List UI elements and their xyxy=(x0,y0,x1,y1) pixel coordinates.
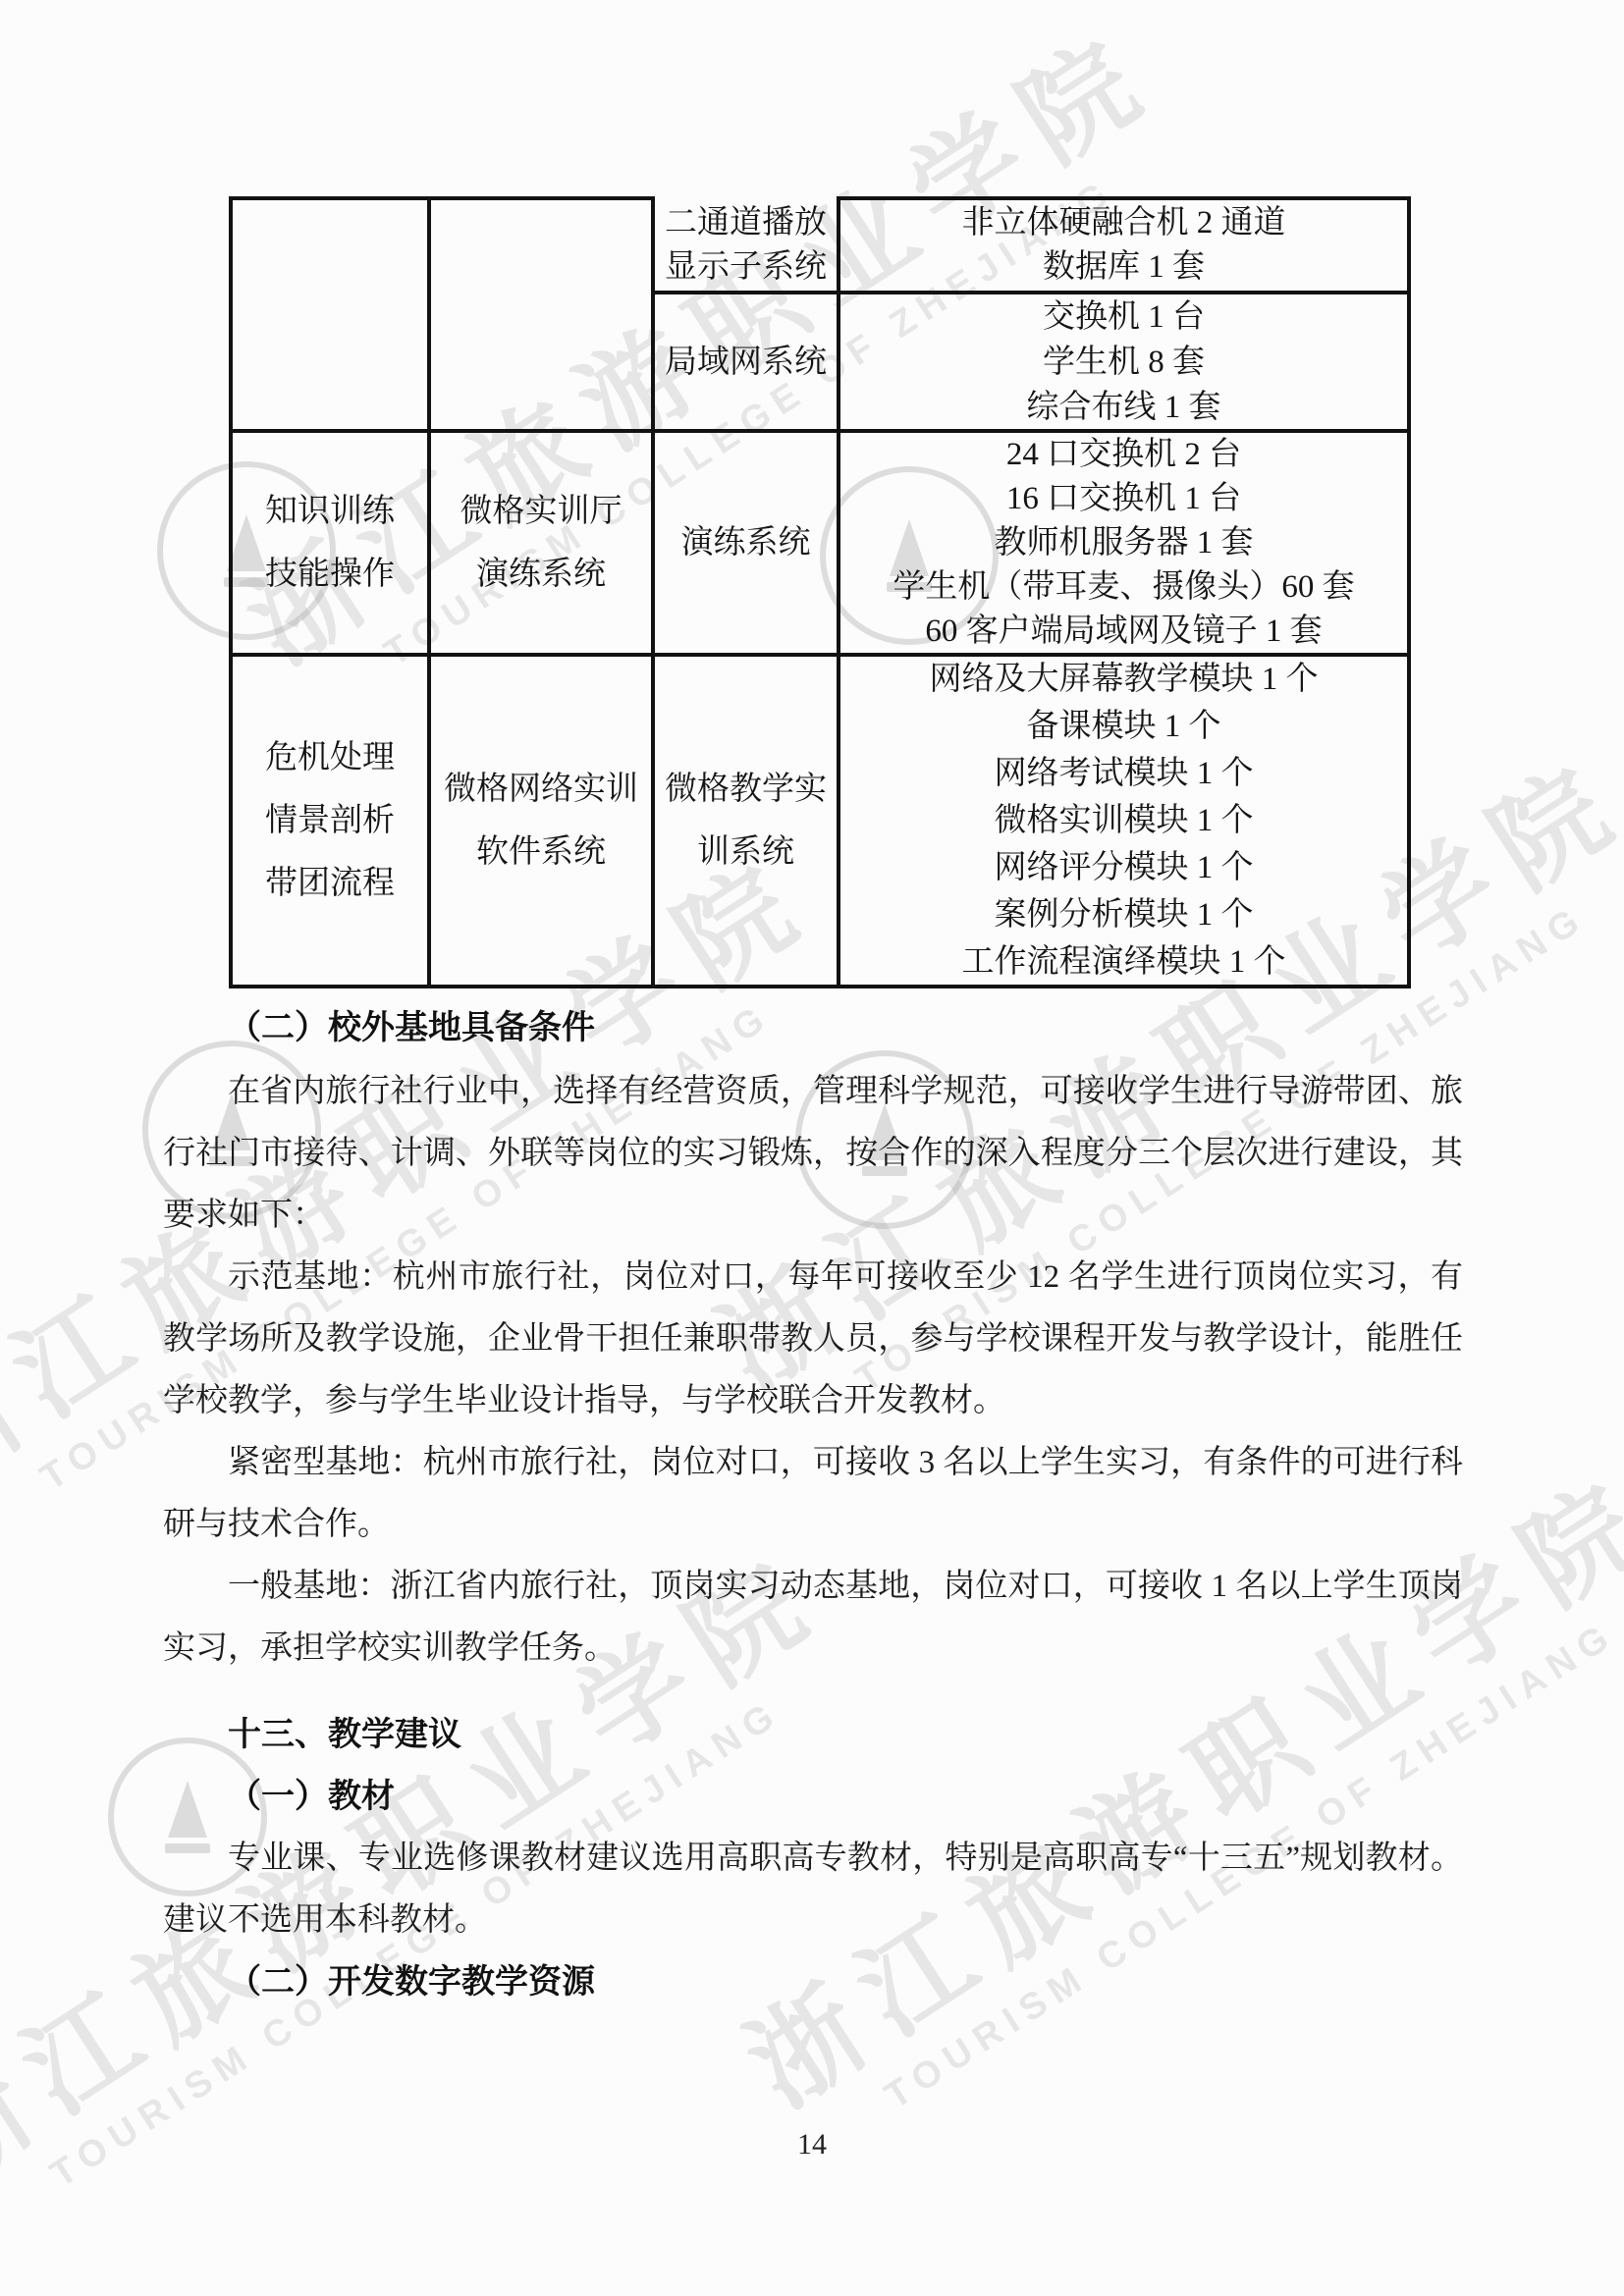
body-line: 一般基地：浙江省内旅行社，顶岗实习动态基地，岗位对口，可接收 1 名以上学生顶岗 xyxy=(163,1566,1463,1607)
body-line: 学校教学，参与学生毕业设计指导，与学校联合开发教材。 xyxy=(163,1380,1463,1421)
cell-text: 综合布线 1 套 xyxy=(1027,385,1221,430)
cell-text: 微格教学实 xyxy=(665,758,827,821)
table-cell-equipment: 网络及大屏幕教学模块 1 个 备课模块 1 个 网络考试模块 1 个 微格实训模… xyxy=(840,657,1407,985)
section-heading-external-base: （二）校外基地具备条件 xyxy=(228,1007,595,1048)
cell-text: 情景剖析 xyxy=(265,789,395,852)
page-number: 14 xyxy=(0,2128,1624,2162)
cell-text: 24 口交换机 2 台 xyxy=(1006,433,1241,477)
table-cell-subsystem: 演练系统 xyxy=(655,433,837,653)
cell-text: 工作流程演绎模块 1 个 xyxy=(962,938,1286,986)
body-line: 专业课、专业选修课教材建议选用高职高专教材，特别是高职高专“十三五”规划教材。 xyxy=(163,1838,1463,1879)
cell-text: 学生机（带耳麦、摄像头）60 套 xyxy=(893,565,1354,610)
cell-text: 技能操作 xyxy=(265,543,395,606)
cell-text: 带团流程 xyxy=(265,852,395,915)
table-cell-training-room: 微格网络实训 软件系统 xyxy=(431,657,651,985)
facilities-table: 知识训练 技能操作 危机处理 情景剖析 带团流程 微格实训厅 演练系统 微格网络… xyxy=(229,196,1411,988)
table-cell-subsystem: 二通道播放 显示子系统 xyxy=(655,200,837,291)
cell-text: 危机处理 xyxy=(265,726,395,789)
table-border xyxy=(229,196,655,200)
cell-text: 非立体硬融合机 2 通道 xyxy=(962,201,1286,245)
table-cell-subsystem: 微格教学实 训系统 xyxy=(655,657,837,985)
table-border xyxy=(1407,196,1411,988)
cell-text: 局域网系统 xyxy=(665,331,827,394)
cell-text: 交换机 1 台 xyxy=(1043,294,1205,340)
cell-text: 训系统 xyxy=(697,821,794,883)
section-heading-textbook: （一）教材 xyxy=(228,1776,395,1817)
document-page: 浙江旅游职业学院 TOURISM COLLEGE OF ZHEJIANG 浙江旅… xyxy=(0,0,1624,2296)
table-cell-equipment: 非立体硬融合机 2 通道 数据库 1 套 xyxy=(840,200,1407,291)
cell-text: 网络评分模块 1 个 xyxy=(995,844,1254,891)
body-line: 紧密型基地：杭州市旅行社，岗位对口，可接收 3 名以上学生实习，有条件的可进行科 xyxy=(163,1442,1463,1483)
table-cell-equipment: 24 口交换机 2 台 16 口交换机 1 台 教师机服务器 1 套 学生机（带… xyxy=(840,433,1407,653)
body-line: 实习，承担学校实训教学任务。 xyxy=(163,1628,1463,1669)
cell-text: 演练系统 xyxy=(476,543,606,606)
cell-text: 案例分析模块 1 个 xyxy=(995,891,1254,938)
table-cell-training-goal: 危机处理 情景剖析 带团流程 xyxy=(233,657,427,985)
cell-text: 演练系统 xyxy=(681,511,811,574)
table-cell-training-room: 微格实训厅 演练系统 xyxy=(431,433,651,653)
watermark-cn-text: 浙江旅游职业学院 xyxy=(729,1456,1624,2127)
watermark-text: 浙江旅游职业学院 TOURISM COLLEGE OF ZHEJIANG xyxy=(729,1456,1624,2177)
cell-text: 网络考试模块 1 个 xyxy=(995,750,1254,797)
cell-text: 软件系统 xyxy=(476,821,606,883)
section-heading-teaching-advice: 十三、教学建议 xyxy=(228,1714,461,1755)
table-cell-subsystem: 局域网系统 xyxy=(655,294,837,429)
cell-text: 备课模块 1 个 xyxy=(1027,703,1221,750)
body-line: 在省内旅行社行业中，选择有经营资质，管理科学规范，可接收学生进行导游带团、旅 xyxy=(163,1071,1463,1112)
cell-text: 16 口交换机 1 台 xyxy=(1006,477,1241,521)
torch-icon xyxy=(168,1781,207,1838)
body-line: 行社门市接待、计调、外联等岗位的实习锻炼，按合作的深入程度分三个层次进行建设，其 xyxy=(163,1133,1463,1174)
cell-text: 知识训练 xyxy=(265,480,395,543)
cell-text: 60 客户端局域网及镜子 1 套 xyxy=(925,610,1322,654)
cell-text: 微格实训模块 1 个 xyxy=(995,797,1254,844)
cell-text: 网络及大屏幕教学模块 1 个 xyxy=(930,656,1319,703)
cell-text: 学生机 8 套 xyxy=(1043,340,1205,385)
body-line: 建议不选用本科教材。 xyxy=(163,1899,1463,1941)
cell-text: 教师机服务器 1 套 xyxy=(995,521,1254,565)
table-cell-equipment: 交换机 1 台 学生机 8 套 综合布线 1 套 xyxy=(840,294,1407,429)
cell-text: 数据库 1 套 xyxy=(1043,245,1205,290)
body-line: 研与技术合作。 xyxy=(163,1504,1463,1545)
cell-text: 微格网络实训 xyxy=(444,758,638,821)
body-line: 示范基地：杭州市旅行社，岗位对口，每年可接收至少 12 名学生进行顶岗位实习，有 xyxy=(163,1256,1463,1298)
section-heading-digital-resources: （二）开发数字教学资源 xyxy=(228,1961,595,2002)
cell-text: 二通道播放 xyxy=(665,201,827,245)
cell-text: 显示子系统 xyxy=(665,245,827,290)
body-line: 教学场所及教学设施，企业骨干担任兼职带教人员，参与学校课程开发与教学设计，能胜任 xyxy=(163,1318,1463,1360)
body-line: 要求如下： xyxy=(163,1195,1463,1236)
school-seal-watermark xyxy=(142,1041,321,1219)
table-cell-training-goal: 知识训练 技能操作 xyxy=(233,433,427,653)
cell-text: 微格实训厅 xyxy=(460,480,623,543)
